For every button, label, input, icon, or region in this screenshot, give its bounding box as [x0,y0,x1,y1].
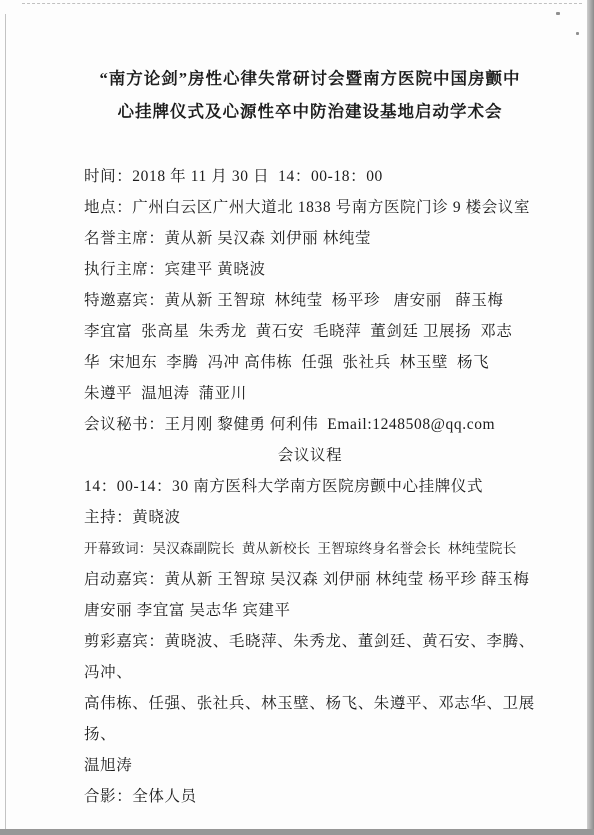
doc-line-invited-guests-4: 朱遵平 温旭涛 蒲亚川 [84,378,536,409]
scan-noise-speck [556,12,560,15]
doc-line-opening-speeches: 开幕致词：吴汉森副院长 黄从新校长 王智琼终身名誉会长 林纯莹院长 [84,533,536,564]
doc-line-ribbon-guests-3: 温旭涛 [84,750,536,781]
doc-line-group-photo: 合影：全体人员 [84,781,536,812]
document-body: 时间：2018 年 11 月 30 日 14：00-18：00 地点：广州白云区… [84,161,536,812]
doc-line-ribbon-guests-1: 剪彩嘉宾：黄晓波、毛晓萍、朱秀龙、董剑廷、黄石安、李腾、冯冲、 [84,626,536,688]
document-title: “南方论剑”房性心律失常研讨会暨南方医院中国房颤中 心挂牌仪式及心源性卒中防治建… [84,0,536,128]
scan-left-edge-line [5,14,6,835]
doc-line-honorary-chairs: 名誉主席：黄从新 吴汉森 刘伊丽 林纯莹 [84,223,536,254]
doc-line-launch-guests-1: 启动嘉宾：黄从新 王智琼 吴汉森 刘伊丽 林纯莹 杨平珍 薛玉梅 [84,564,536,595]
doc-line-secretaries-email: 会议秘书：王月刚 黎健勇 何利伟 Email:1248508@qq.com [84,409,536,440]
document-title-line1: “南方论剑”房性心律失常研讨会暨南方医院中国房颤中 [84,62,536,95]
doc-line-venue: 地点：广州白云区广州大道北 1838 号南方医院门诊 9 楼会议室 [84,192,536,223]
doc-line-invited-guests-3: 华 宋旭东 李腾 冯冲 高伟栋 任强 张社兵 林玉壁 杨飞 [84,347,536,378]
doc-line-invited-guests-2: 李宜富 张高星 朱秀龙 黄石安 毛晓萍 董剑廷 卫展扬 邓志 [84,316,536,347]
doc-line-session-ceremony: 14：00-14：30 南方医科大学南方医院房颤中心挂牌仪式 [84,471,536,502]
doc-line-time: 时间：2018 年 11 月 30 日 14：00-18：00 [84,161,536,192]
document-content: “南方论剑”房性心律失常研讨会暨南方医院中国房颤中 心挂牌仪式及心源性卒中防治建… [84,0,536,812]
doc-line-launch-guests-2: 唐安丽 李宜富 吴志华 宾建平 [84,595,536,626]
document-title-line2: 心挂牌仪式及心源性卒中防治建设基地启动学术会 [84,95,536,128]
scan-right-edge-shadow [587,0,594,835]
doc-line-host: 主持：黄晓波 [84,502,536,533]
scan-bottom-edge-shadow [0,829,594,835]
scanned-document-page: “南方论剑”房性心律失常研讨会暨南方医院中国房颤中 心挂牌仪式及心源性卒中防治建… [0,0,594,835]
scan-noise-speck [576,32,579,35]
doc-line-agenda-heading: 会议议程 [84,440,536,471]
doc-line-ribbon-guests-2: 高伟栋、任强、张社兵、林玉壁、杨飞、朱遵平、邓志华、卫展扬、 [84,688,536,750]
doc-line-executive-chairs: 执行主席：宾建平 黄晓波 [84,254,536,285]
doc-line-invited-guests-1: 特邀嘉宾：黄从新 王智琼 林纯莹 杨平珍 唐安丽 薛玉梅 [84,285,536,316]
